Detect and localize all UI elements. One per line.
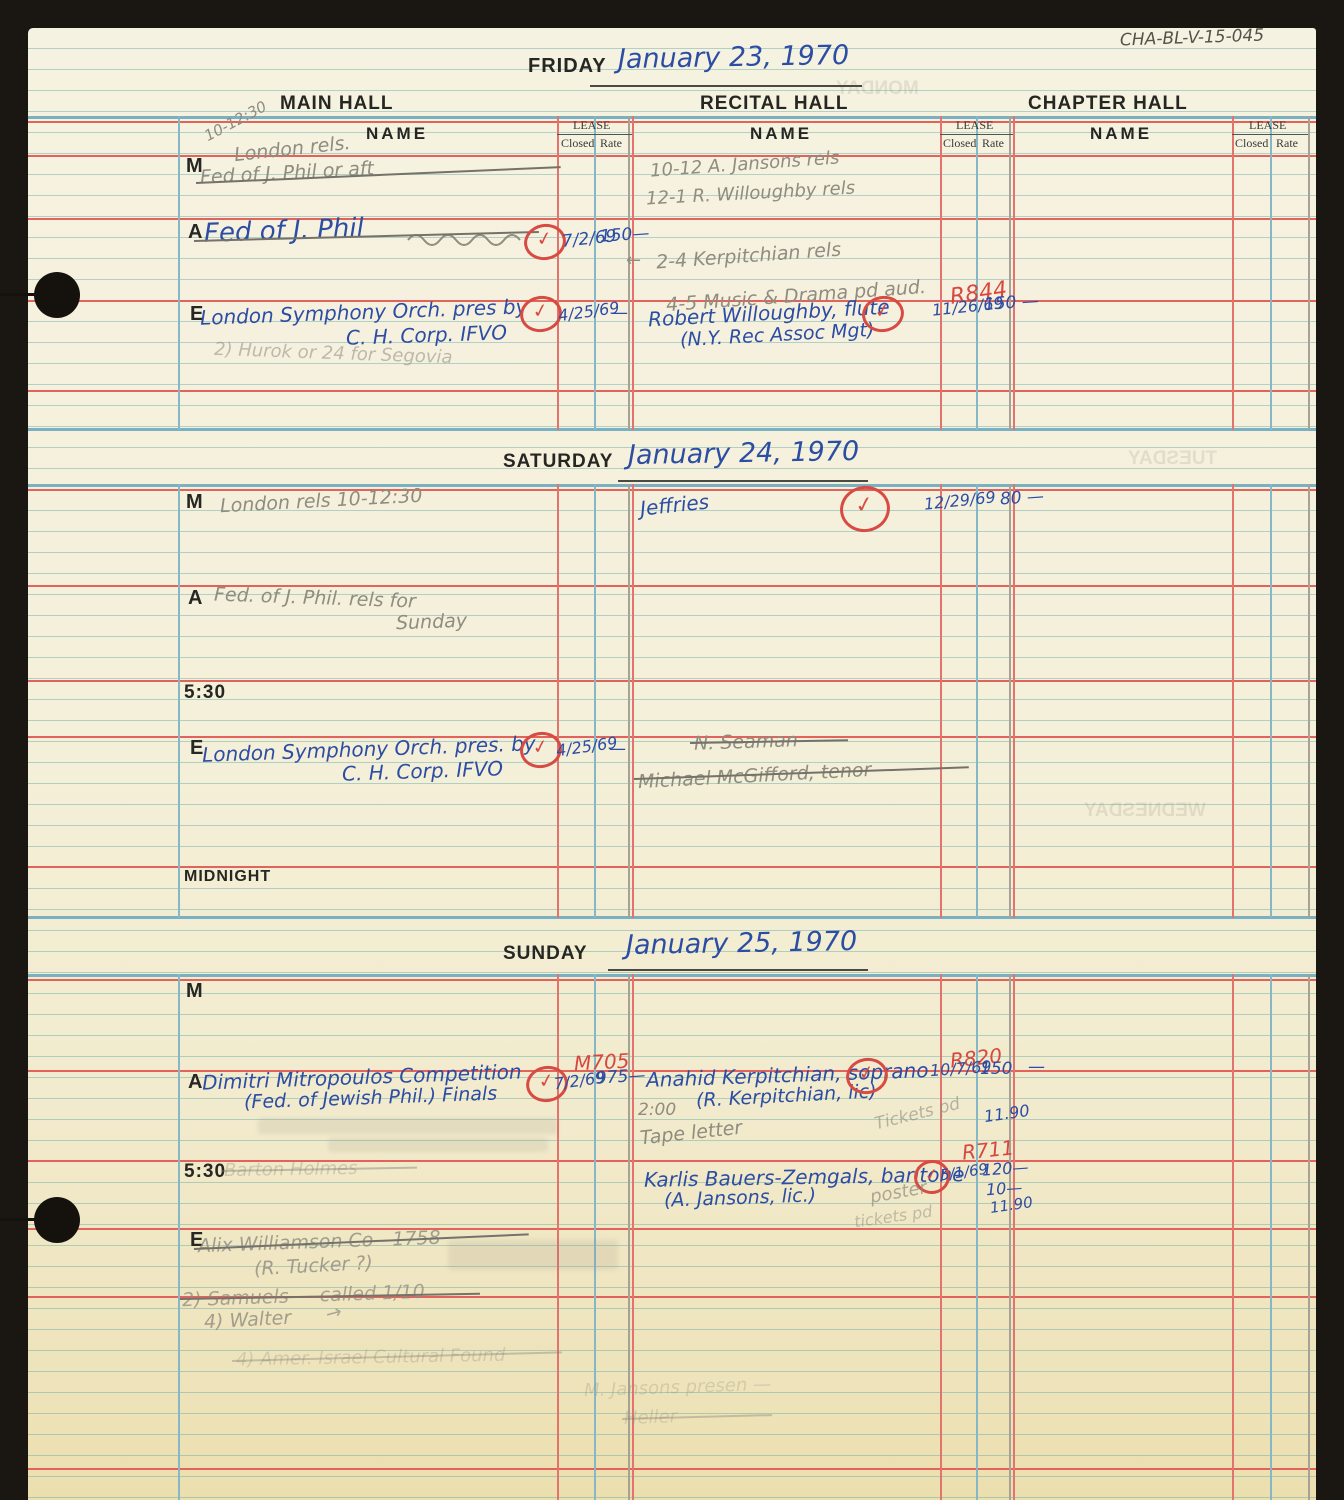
saturday-row-m: M <box>186 492 204 513</box>
column-divider <box>594 484 596 918</box>
sunday-recital-a-time-note: 2:00 <box>638 1102 676 1120</box>
column-divider <box>1009 974 1011 1500</box>
row-line <box>28 736 1316 738</box>
column-divider <box>940 974 942 1500</box>
row-line <box>28 390 1316 392</box>
row-line <box>28 1228 1316 1230</box>
bleedthrough-tuesday: TUESDAY <box>1128 448 1217 470</box>
erased-pencil-ghost <box>448 1240 618 1270</box>
sunday-recital-a-tickets-note: Tickets pd <box>873 1096 962 1134</box>
sunday-main-e-entry2: (R. Tucker ?) <box>254 1254 374 1280</box>
saturday-main-m-entry: London rels 10-12:30 <box>220 487 423 518</box>
sunday-row-m: M <box>186 981 204 1002</box>
rate-header-main: Rate <box>600 137 622 150</box>
column-divider <box>940 484 942 918</box>
section-bottom-line <box>28 916 1316 919</box>
lease-box-line <box>940 134 1013 135</box>
name-header-main: NAME <box>366 125 428 143</box>
saturday-recital-m-closed-date: 12/29/69 <box>923 489 996 513</box>
friday-label: FRIDAY <box>528 56 607 77</box>
sunday-recital-530-entry2: (A. Jansons, lic.) <box>664 1186 817 1211</box>
column-divider <box>1270 484 1272 918</box>
sunday-recital-a-tape-note: Tape letter <box>639 1119 743 1150</box>
column-divider <box>632 116 634 430</box>
erased-pencil-ghost <box>328 1138 548 1152</box>
chapter-hall-title: CHAPTER HALL <box>1028 94 1188 114</box>
hole-punch <box>34 1197 80 1243</box>
saturday-date: January 24, 1970 <box>628 438 860 470</box>
closed-header-recital: Closed <box>943 137 976 150</box>
lease-box-line <box>1232 134 1308 135</box>
lease-header-main: LEASE <box>573 119 610 132</box>
column-divider <box>632 484 634 918</box>
name-header-chapter: NAME <box>1090 125 1152 143</box>
date-underline <box>618 480 868 482</box>
name-header-recital: NAME <box>750 125 812 143</box>
friday-recital-m-entry2: 12-1 R. Willoughby rels <box>646 180 856 210</box>
column-divider <box>1308 974 1310 1500</box>
row-line <box>28 1468 1316 1470</box>
column-divider <box>628 484 630 918</box>
section-bottom-line <box>28 428 1316 431</box>
saturday-row-a: A <box>188 588 203 609</box>
hole-punch <box>34 272 80 318</box>
column-divider <box>1270 116 1272 430</box>
recital-hall-title: RECITAL HALL <box>700 94 849 114</box>
lease-header-chapter: LEASE <box>1249 119 1286 132</box>
column-divider <box>1270 974 1272 1500</box>
column-divider <box>940 116 942 430</box>
column-divider <box>628 116 630 430</box>
friday-main-m-entry-struck: Fed of J. Phil or aft <box>200 159 375 188</box>
pencil-scribble <box>406 226 536 252</box>
friday-recital-e-rate: 150 — <box>983 293 1039 315</box>
archive-code: CHA-BL-V-15-045 <box>1120 27 1265 50</box>
sunday-recital-a-amount: 11.90 <box>983 1103 1031 1126</box>
column-divider <box>1009 484 1011 918</box>
section-top-red <box>28 489 1316 491</box>
erased-pencil-ghost <box>258 1118 558 1134</box>
sunday-recital-a-rate: 150 <box>980 1061 1012 1079</box>
rate-header-chapter: Rate <box>1276 137 1298 150</box>
saturday-main-e-rate: — <box>609 741 626 759</box>
closed-header-chapter: Closed <box>1235 137 1268 150</box>
saturday-row-530: 5:30 <box>184 683 226 703</box>
saturday-recital-m-rate: 80 — <box>999 488 1044 509</box>
column-divider <box>1232 116 1234 430</box>
saturday-label: SATURDAY <box>503 452 613 472</box>
section-top-red <box>28 979 1316 981</box>
column-divider <box>1308 484 1310 918</box>
saturday-main-a-entry2: Sunday <box>396 612 468 634</box>
friday-main-a-entry: Fed of J. Phil <box>204 215 365 248</box>
friday-date: January 23, 1970 <box>618 42 850 74</box>
column-divider <box>1232 974 1234 1500</box>
sunday-recital-530-rate1: 120— <box>981 1159 1029 1179</box>
saturday-main-e-entry2: C. H. Corp. IFVO <box>342 758 504 785</box>
sunday-main-ghost-entry2: M. Jansons presen — <box>584 1376 772 1401</box>
sunday-main-a-rate: 975— <box>595 1067 646 1088</box>
section-top-line <box>28 974 1316 977</box>
margin-divider <box>178 484 180 918</box>
arrow-right-icon: → <box>324 1302 345 1325</box>
column-divider <box>557 974 559 1500</box>
sunday-label: SUNDAY <box>503 944 588 964</box>
sunday-recital-530-rate3: 11.90 <box>989 1195 1034 1217</box>
friday-main-e-rate: — <box>611 305 628 323</box>
column-divider <box>1232 484 1234 918</box>
ledger-page: MONDAY TUESDAY WEDNESDAY CHA-BL-V-15-045… <box>28 28 1316 1500</box>
column-divider <box>976 484 978 918</box>
row-line <box>28 155 1316 157</box>
date-underline <box>608 969 868 971</box>
date-underline <box>590 85 862 87</box>
column-divider <box>1013 116 1015 430</box>
sunday-main-e-entry4: 4) Walter <box>204 1309 292 1333</box>
column-divider <box>594 116 596 430</box>
hole-punch-slit <box>0 1218 40 1221</box>
sunday-row-530: 5:30 <box>184 1162 226 1182</box>
arrow-left-icon: ← <box>626 252 641 271</box>
saturday-main-a-entry: Fed. of J. Phil. rels for <box>214 585 416 612</box>
bleedthrough-wednesday: WEDNESDAY <box>1084 800 1206 822</box>
main-hall-title: MAIN HALL <box>280 94 393 114</box>
saturday-recital-m-entry: Jeffries <box>639 491 710 519</box>
margin-divider <box>178 974 180 1500</box>
sunday-recital-a-rate-dash: — <box>1028 1059 1045 1077</box>
friday-recital-a-entry: 2-4 Kerpitchian rels <box>656 241 842 274</box>
rate-header-recital: Rate <box>982 137 1004 150</box>
saturday-row-midnight: MIDNIGHT <box>184 869 271 886</box>
column-divider <box>557 116 559 430</box>
column-divider <box>557 484 559 918</box>
closed-header-main: Closed <box>561 137 594 150</box>
column-divider <box>1013 974 1015 1500</box>
hole-punch-slit <box>0 293 40 296</box>
column-divider <box>1013 484 1015 918</box>
section-top-line <box>28 484 1316 487</box>
friday-main-a-rate: 150— <box>599 225 650 246</box>
margin-divider <box>178 116 180 430</box>
lease-header-recital: LEASE <box>956 119 993 132</box>
column-divider <box>976 116 978 430</box>
sunday-date: January 25, 1970 <box>626 928 858 960</box>
column-divider <box>1308 116 1310 430</box>
friday-main-e-note: 2) Hurok or 24 for Segovia <box>214 341 453 368</box>
lease-box-line <box>557 134 632 135</box>
column-divider <box>1009 116 1011 430</box>
